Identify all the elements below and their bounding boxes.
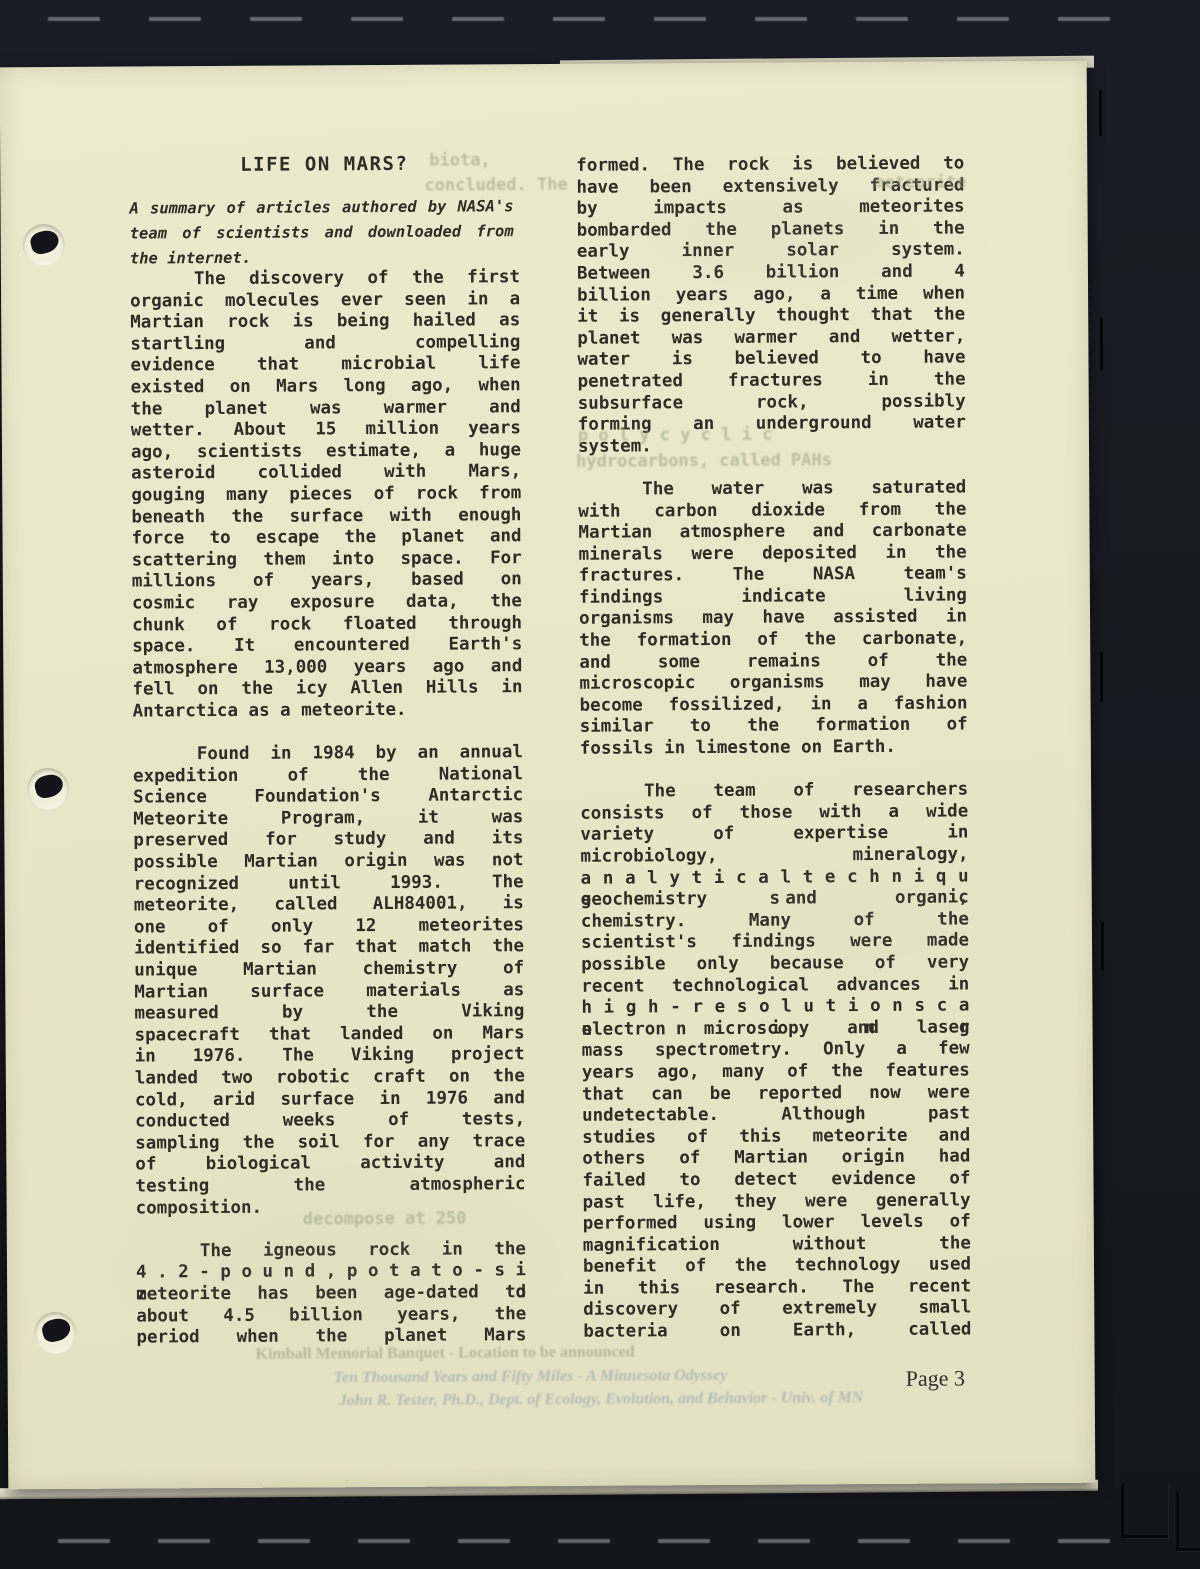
ghost-text-line: John R. Tester, Ph.D., Dept. of Ecology,… <box>339 1389 864 1410</box>
text-line: period when the planet Mars <box>136 1325 526 1349</box>
text-line: conducted weeks of tests, <box>135 1109 525 1133</box>
text-line: fossils in limestone on Earth. <box>580 736 968 760</box>
text-line: the planet was warmer and <box>131 397 521 421</box>
document-page: LIFE ON MARS? A summary of articles auth… <box>0 61 1095 1490</box>
binder-mark <box>553 17 605 21</box>
text-line: preserved for study and its <box>133 829 523 853</box>
binder-mark <box>250 17 302 21</box>
text-line: Martian rock is being hailed as <box>130 310 520 334</box>
text-line: bombarded the planets in the <box>577 218 965 242</box>
text-line: microbiology, mineralogy, <box>580 844 968 868</box>
text-line: Science Foundation's Antarctic <box>133 785 523 809</box>
text-line: meteorite has been age-dated to <box>136 1282 526 1306</box>
text-line: studies of this meteorite and <box>582 1125 970 1149</box>
text-line: Antarctica as a meteorite. <box>133 699 523 723</box>
text-line: asteroid collided with Mars, <box>131 461 521 485</box>
text-line: cold, arid surface in 1976 and <box>135 1088 525 1112</box>
text-line: Martian surface materials as <box>134 980 524 1004</box>
text-line: meteorite, called ALH84001, is <box>134 893 524 917</box>
text-line: system. <box>578 434 966 458</box>
paragraph-gap <box>133 721 523 745</box>
text-line: sampling the soil for any trace <box>135 1131 525 1155</box>
text-line: Martian atmosphere and carbonate <box>578 521 966 545</box>
bleed-through-text: biota,concluded. Themeteoritep o l y c y… <box>0 61 1087 68</box>
under-page-corner <box>1121 1483 1168 1538</box>
hole-punch-void <box>28 228 61 256</box>
text-line: h i g h - r e s o l u t i o n s c a n n … <box>581 996 969 1020</box>
binder-mark <box>558 1539 610 1543</box>
text-line: evidence that microbial life <box>130 354 520 378</box>
ghost-text-line: concluded. The <box>424 175 567 196</box>
text-line: 4 . 2 - p o u n d , p o t a t o - s i z … <box>136 1260 526 1284</box>
text-line: formed. The rock is believed to <box>576 153 964 177</box>
text-line: The water was saturated <box>578 477 966 501</box>
text-line: spacecraft that landed on Mars <box>135 1023 525 1047</box>
text-line: existed on Mars long ago, when <box>131 375 521 399</box>
text-line: chunk of rock floated through <box>132 613 522 637</box>
hole-punch <box>23 224 65 266</box>
text-line: one of only 12 meteorites <box>134 915 524 939</box>
text-line: in this research. The recent <box>583 1276 971 1300</box>
text-line: scattering them into space. For <box>132 548 522 572</box>
binder-mark <box>957 17 1009 21</box>
text-line: microscopic organisms may have <box>579 672 967 696</box>
text-line: chemistry. Many of the <box>581 909 969 933</box>
byline-line: team of scientists and downloaded from <box>130 219 514 246</box>
text-line: failed to detect evidence of <box>582 1168 970 1192</box>
text-line: wetter. About 15 million years <box>131 418 521 442</box>
binder-mark <box>351 17 403 21</box>
text-line: space. It encountered Earth's <box>132 634 522 658</box>
text-line: about 4.5 billion years, the <box>136 1304 526 1328</box>
binder-mark <box>856 17 908 21</box>
text-line: The igneous rock in the <box>136 1239 526 1263</box>
text-line: fractures. The NASA team's <box>579 564 967 588</box>
text-line: planet was warmer and wetter, <box>577 326 965 350</box>
text-line: mass spectrometry. Only a few <box>582 1039 970 1063</box>
text-line: the formation of the carbonate, <box>579 628 967 652</box>
text-line: water is believed to have <box>577 348 965 372</box>
text-line: magnification without the <box>583 1233 971 1257</box>
ghost-text-line: Ten Thousand Years and Fifty Miles - A M… <box>334 1367 728 1387</box>
text-line: others of Martian origin had <box>582 1147 970 1171</box>
text-line: atmosphere 13,000 years ago and <box>132 656 522 680</box>
text-line: minerals were deposited in the <box>579 542 967 566</box>
binder-mark <box>149 17 201 21</box>
text-line: become fossilized, in a fashion <box>580 693 968 717</box>
text-line: ago, scientists estimate, a huge <box>131 440 521 464</box>
text-line: beneath the surface with enough <box>131 505 521 529</box>
text-line: Between 3.6 billion and 4 <box>577 261 965 285</box>
text-line: early inner solar system. <box>577 240 965 264</box>
paragraph-gap <box>578 456 966 480</box>
text-line: past life, they were generally <box>583 1190 971 1214</box>
paragraph-gap <box>580 758 968 782</box>
text-line: millions of years, based on <box>132 569 522 593</box>
text-line: scientist's findings were made <box>581 931 969 955</box>
text-line: gouging many pieces of rock from <box>131 483 521 507</box>
text-line: in 1976. The Viking project <box>135 1045 525 1069</box>
page-edge-tick <box>1100 318 1103 370</box>
text-line: have been extensively fractured <box>576 175 964 199</box>
text-line: The discovery of the first <box>130 267 520 291</box>
binder-mark <box>958 1539 1010 1543</box>
page-edge-tick <box>1100 652 1103 702</box>
text-line: bacteria on Earth, called <box>583 1319 971 1343</box>
text-line: organisms may have assisted in <box>579 607 967 631</box>
binder-mark <box>158 1539 210 1543</box>
byline: A summary of articles authored by NASA's… <box>129 194 513 271</box>
binder-mark <box>658 1539 710 1543</box>
text-line: discovery of extremely small <box>583 1298 971 1322</box>
text-line: composition. <box>136 1196 526 1220</box>
text-line: performed using lower levels of <box>583 1212 971 1236</box>
text-line: recent technological advances in <box>581 974 969 998</box>
text-line: by impacts as meteorites <box>576 197 964 221</box>
text-line: organic molecules ever seen in a <box>130 289 520 313</box>
text-line: findings indicate living <box>579 585 967 609</box>
hole-punch-void <box>33 772 66 800</box>
text-line: forming an underground water <box>578 413 966 437</box>
text-line: consists of those with a wide <box>580 801 968 825</box>
page-number: Page 3 <box>906 1365 965 1391</box>
paragraph-gap <box>136 1217 526 1241</box>
text-line: a n a l y t i c a l t e c h n i q u e s … <box>581 866 969 890</box>
page-edge-tick <box>1101 922 1104 970</box>
binder-mark <box>48 17 100 21</box>
text-line: benefit of the technology used <box>583 1255 971 1279</box>
text-line: that can be reported now were <box>582 1082 970 1106</box>
text-line: subsurface rock, possibly <box>578 391 966 415</box>
text-line: recognized until 1993. The <box>134 872 524 896</box>
text-line: and some remains of the <box>579 650 967 674</box>
text-line: penetrated fractures in the <box>578 369 966 393</box>
under-page-corner <box>1176 1492 1200 1551</box>
text-line: with carbon dioxide from the <box>578 499 966 523</box>
text-line: of biological activity and <box>135 1152 525 1176</box>
byline-line: A summary of articles authored by NASA's <box>129 194 513 221</box>
text-line: variety of expertise in <box>580 823 968 847</box>
binder-mark <box>1058 17 1110 21</box>
binder-mark <box>858 1539 910 1543</box>
text-line: billion years ago, a time when <box>577 283 965 307</box>
text-line: startling and compelling <box>130 332 520 356</box>
text-line: it is generally thought that the <box>577 305 965 329</box>
text-line: possible Martian origin was not <box>133 850 523 874</box>
text-line: The team of researchers <box>580 780 968 804</box>
text-line: fell on the icy Allen Hills in <box>132 677 522 701</box>
text-line: similar to the formation of <box>580 715 968 739</box>
text-line: expedition of the National <box>133 764 523 788</box>
page-title: LIFE ON MARS? <box>129 152 519 176</box>
page-edge-tick <box>1099 90 1102 136</box>
text-line: years ago, many of the features <box>582 1060 970 1084</box>
text-line: identified so far that match the <box>134 937 524 961</box>
hole-punch <box>27 768 69 810</box>
hole-punches <box>0 61 1087 68</box>
column-right: formed. The rock is believed tohave been… <box>576 153 971 1343</box>
text-line: geochemistry and organic <box>581 888 969 912</box>
binder-mark <box>58 1539 110 1543</box>
binder-mark <box>758 1539 810 1543</box>
text-line: possible only because of very <box>581 952 969 976</box>
binder-mark <box>358 1539 410 1543</box>
text-line: Found in 1984 by an annual <box>133 742 523 766</box>
text-line: Meteorite Program, it was <box>133 807 523 831</box>
binder-mark <box>258 1539 310 1543</box>
hole-punch <box>34 1312 76 1354</box>
binder-mark <box>452 17 504 21</box>
binder-mark <box>755 17 807 21</box>
text-line: undetectable. Although past <box>582 1104 970 1128</box>
text-line: unique Martian chemistry of <box>134 958 524 982</box>
text-line: testing the atmospheric <box>135 1174 525 1198</box>
text-line: force to escape the planet and <box>131 526 521 550</box>
text-line: electron microscopy and laser <box>581 1017 969 1041</box>
scanned-document-photo: LIFE ON MARS? A summary of articles auth… <box>0 0 1200 1569</box>
binder-mark <box>654 17 706 21</box>
binder-mark <box>1058 1539 1110 1543</box>
binder-mark <box>458 1539 510 1543</box>
text-line: landed two robotic craft on the <box>135 1066 525 1090</box>
text-line: cosmic ray exposure data, the <box>132 591 522 615</box>
text-line: measured by the Viking <box>134 1001 524 1025</box>
column-left: The discovery of the firstorganic molecu… <box>130 267 527 1349</box>
hole-punch-void <box>40 1316 73 1344</box>
